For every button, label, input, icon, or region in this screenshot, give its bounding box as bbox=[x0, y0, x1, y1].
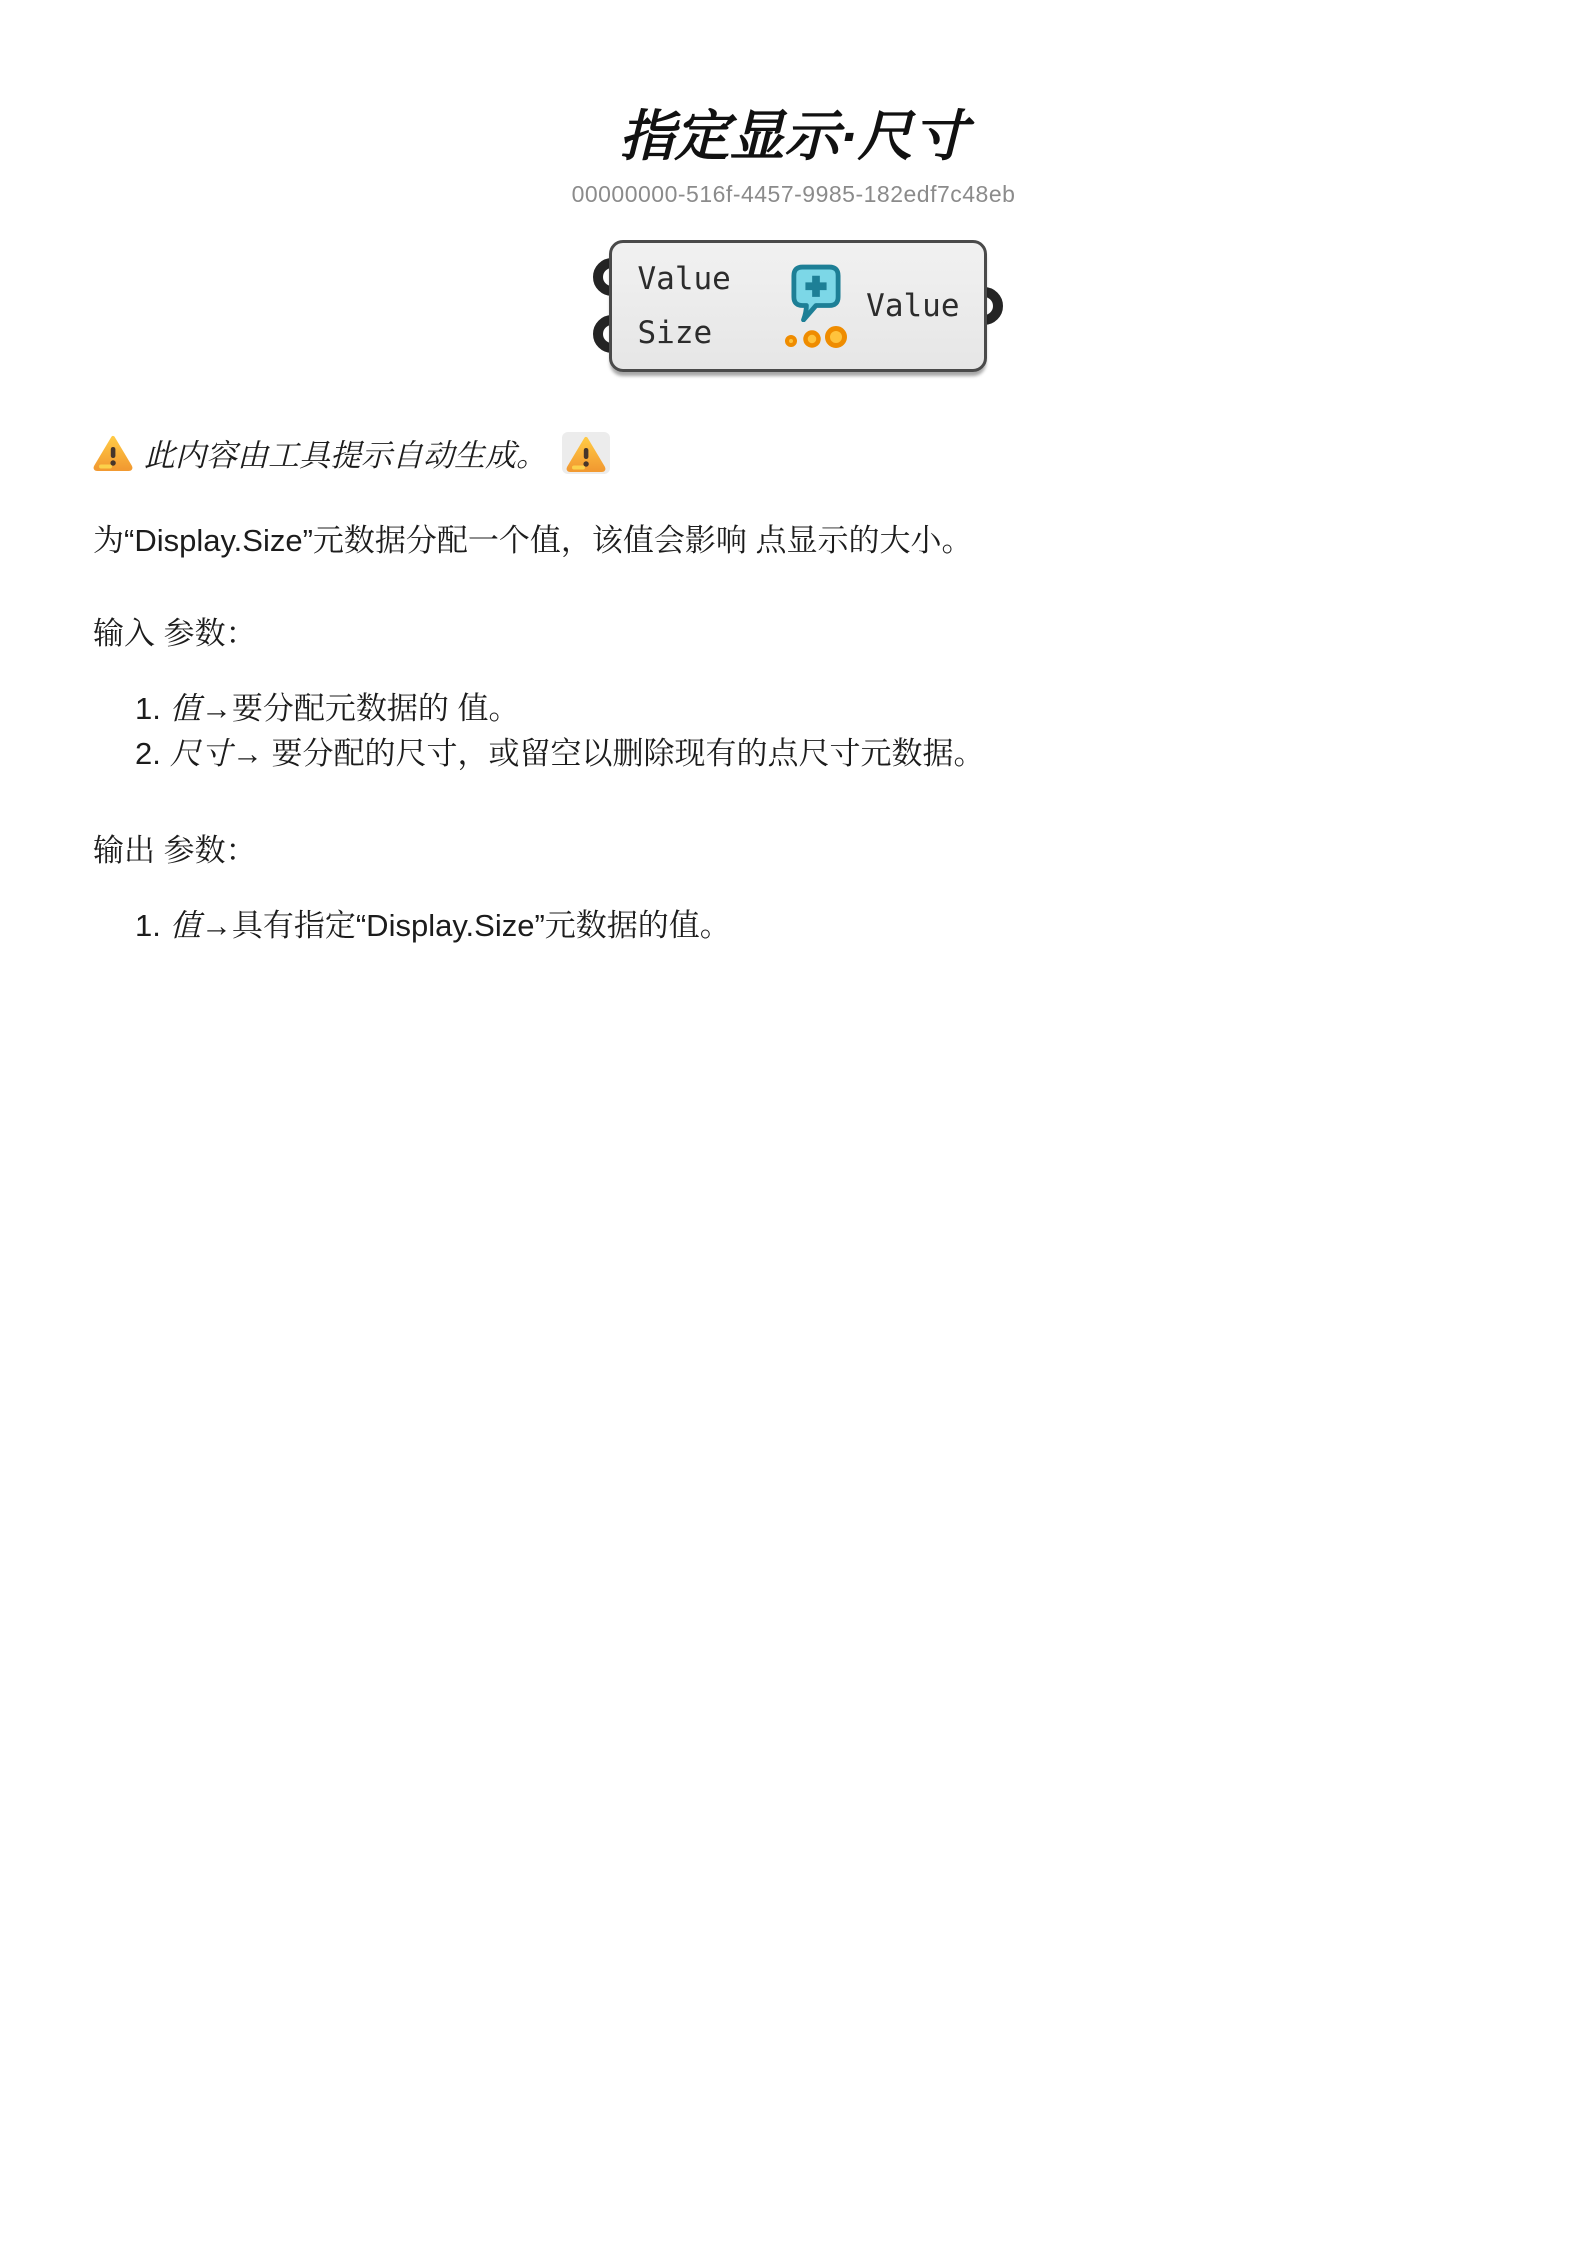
warning-icon-chip bbox=[562, 432, 610, 474]
metadata-bubble-icon bbox=[791, 264, 841, 322]
notice-text: 此内容由工具提示自动生成。 bbox=[144, 430, 547, 475]
param-term: 值 bbox=[170, 908, 201, 943]
list-text: 值→具有指定“Display.Size”元数据的值。 bbox=[170, 904, 731, 949]
input-label-size: Size bbox=[638, 315, 731, 351]
list-item: 1. 值→要分配元数据的 值。 bbox=[135, 687, 1494, 732]
output-label-value: Value bbox=[866, 288, 959, 324]
document-page: 指定显示·尺寸 00000000-516f-4457-9985-182edf7c… bbox=[0, 92, 1587, 949]
input-label-value: Value bbox=[638, 261, 731, 297]
param-description: 要分配元数据的 值。 bbox=[232, 691, 520, 726]
auto-generated-notice: 此内容由工具提示自动生成。 bbox=[93, 430, 1494, 475]
size-dots-icon bbox=[784, 325, 848, 349]
component-guid: 00000000-516f-4457-9985-182edf7c48eb bbox=[93, 181, 1494, 208]
list-number: 1. bbox=[135, 687, 161, 732]
component-output-labels: Value bbox=[866, 243, 983, 369]
list-number: 1. bbox=[135, 904, 161, 949]
component-wrap: Value Size Value bbox=[609, 240, 987, 372]
component-icon-cluster bbox=[731, 243, 866, 369]
warning-icon bbox=[93, 435, 133, 471]
output-params-list: 1. 值→具有指定“Display.Size”元数据的值。 bbox=[93, 904, 1494, 949]
param-term: 尺寸 bbox=[170, 736, 232, 771]
warning-icon bbox=[566, 436, 606, 472]
list-item: 2. 尺寸→ 要分配的尺寸，或留空以删除现有的点尺寸元数据。 bbox=[135, 732, 1494, 777]
param-description: 要分配的尺寸，或留空以删除现有的点尺寸元数据。 bbox=[263, 736, 985, 771]
output-params-heading: 输出 参数： bbox=[93, 825, 1494, 870]
arrow-glyph: → bbox=[201, 691, 232, 726]
component-body: Value Size Value bbox=[609, 240, 987, 372]
component-description: 为“Display.Size”元数据分配一个值，该值会影响 点显示的大小。 bbox=[93, 519, 1494, 562]
list-number: 2. bbox=[135, 732, 161, 777]
input-params-heading: 输入 参数： bbox=[93, 608, 1494, 653]
param-term: 值 bbox=[170, 691, 201, 726]
list-text: 尺寸→ 要分配的尺寸，或留空以删除现有的点尺寸元数据。 bbox=[170, 732, 985, 777]
page-title: 指定显示·尺寸 bbox=[93, 92, 1494, 171]
arrow-glyph: → bbox=[232, 736, 263, 771]
component-diagram: Value Size Value bbox=[101, 240, 1494, 372]
arrow-glyph: → bbox=[201, 908, 232, 943]
input-params-list: 1. 值→要分配元数据的 值。 2. 尺寸→ 要分配的尺寸，或留空以删除现有的点… bbox=[93, 687, 1494, 777]
component-input-labels: Value Size bbox=[612, 243, 731, 369]
list-text: 值→要分配元数据的 值。 bbox=[170, 687, 520, 732]
param-description: 具有指定“Display.Size”元数据的值。 bbox=[232, 908, 731, 943]
list-item: 1. 值→具有指定“Display.Size”元数据的值。 bbox=[135, 904, 1494, 949]
